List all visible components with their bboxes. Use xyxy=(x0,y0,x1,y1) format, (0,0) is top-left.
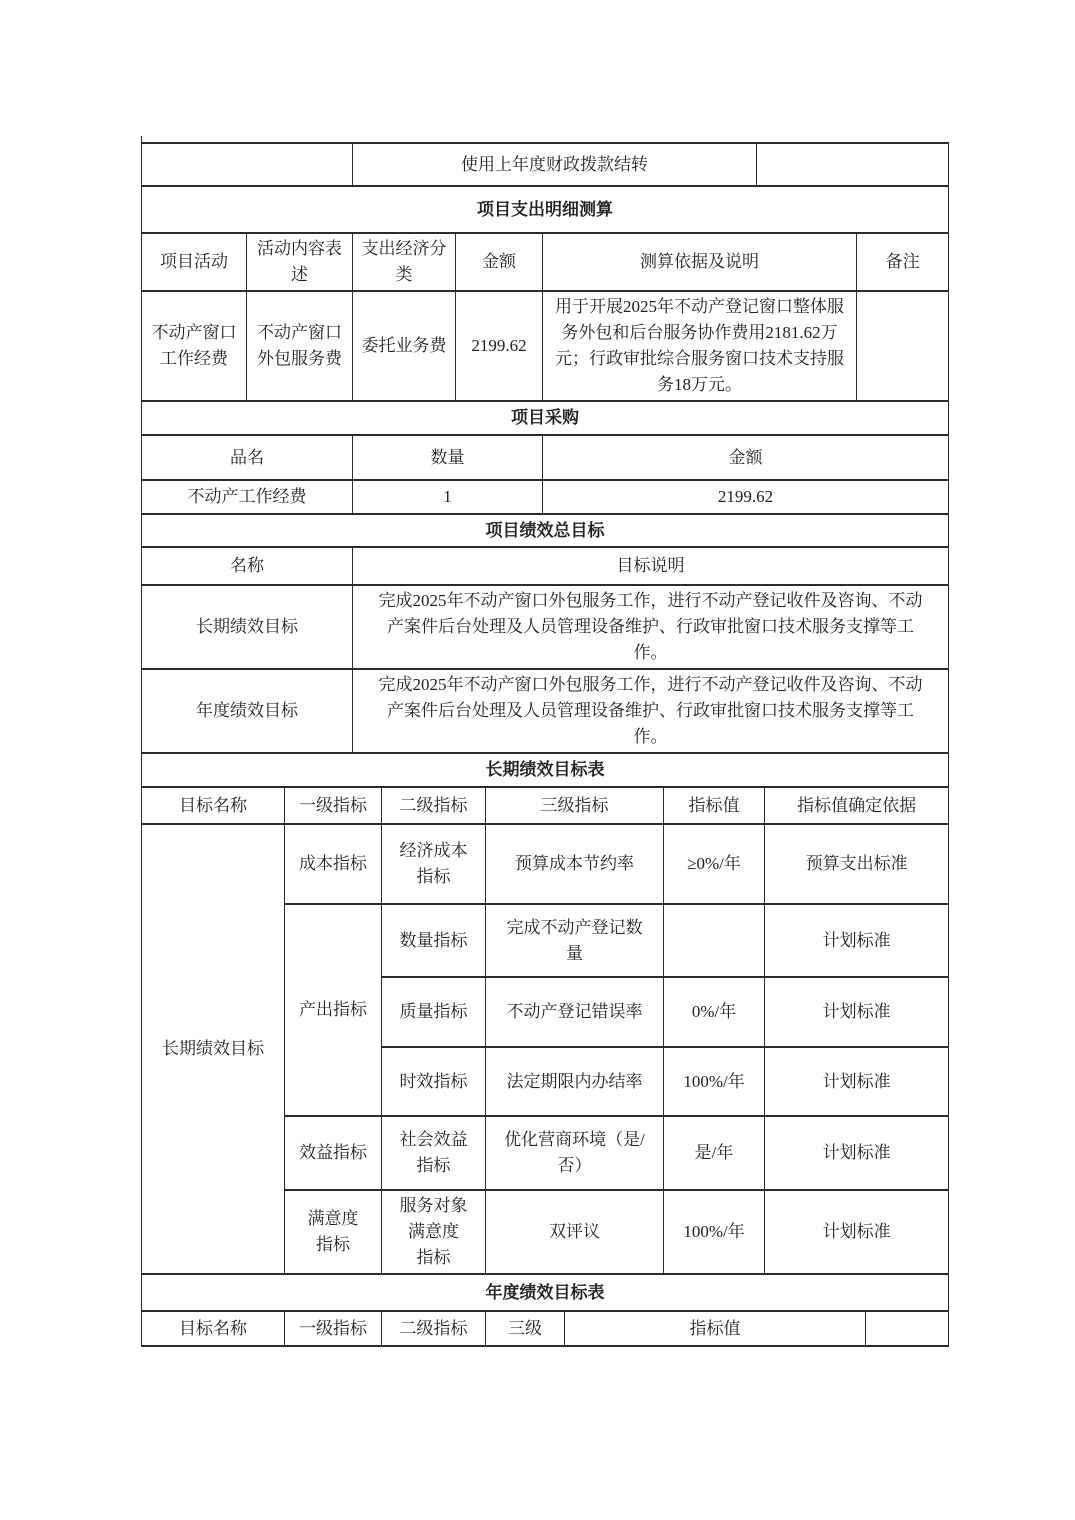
lt-cell-quantity-level3: 完成不动产登记数 量 xyxy=(486,904,664,977)
header-remark: 备注 xyxy=(857,233,949,291)
cell-item-name: 不动产工作经费 xyxy=(142,480,353,514)
carryover-empty-right-cell xyxy=(757,143,949,186)
lt-header-level2: 二级指标 xyxy=(382,787,486,824)
lt-cell-quality-value: 0%/年 xyxy=(664,977,765,1047)
cell-calculation-basis: 用于开展2025年不动产登记窗口整体服 务外包和后台服务协作费用2181.62万… xyxy=(543,291,857,401)
cell-quantity: 1 xyxy=(353,480,543,514)
lt-cell-quantity-basis: 计划标准 xyxy=(765,904,949,977)
header-goal-name: 名称 xyxy=(142,547,353,585)
lt-cell-cost-value: ≥0%/年 xyxy=(664,824,765,904)
header-activity-content: 活动内容表述 xyxy=(247,233,353,291)
lt-cell-time-level3: 法定期限内办结率 xyxy=(486,1047,664,1116)
longterm-table-section-title: 长期绩效目标表 xyxy=(142,753,949,787)
lt-cell-satisfaction-level2: 服务对象 满意度 指标 xyxy=(382,1190,486,1274)
at-header-value: 指标值 xyxy=(565,1311,866,1346)
lt-cell-cost-basis: 预算支出标准 xyxy=(765,824,949,904)
cell-project-activity: 不动产窗口工作经费 xyxy=(142,291,247,401)
header-item-name: 品名 xyxy=(142,435,353,480)
cell-annual-goal-desc: 完成2025年不动产窗口外包服务工作，进行不动产登记收件及咨询、不动 产案件后台… xyxy=(353,669,949,753)
at-header-level2: 二级指标 xyxy=(382,1311,486,1346)
header-quantity: 数量 xyxy=(353,435,543,480)
lt-cell-satisfaction-basis: 计划标准 xyxy=(765,1190,949,1274)
lt-cell-quality-level2: 质量指标 xyxy=(382,977,486,1047)
lt-row-cost: 长期绩效目标 成本指标 经济成本 指标 预算成本节约率 ≥0%/年 预算支出标准 xyxy=(142,824,949,904)
lt-cell-goal-name: 长期绩效目标 xyxy=(142,824,285,1274)
expense-detail-header-row: 项目活动 活动内容表述 支出经济分类 金额 测算依据及说明 备注 xyxy=(142,233,949,291)
header-amount: 金额 xyxy=(456,233,543,291)
at-header-level3: 三级 xyxy=(486,1311,565,1346)
document-page: { "carryover": { "note": "使用上年度财政拨款结转" }… xyxy=(0,0,1075,1520)
carryover-empty-left-cell xyxy=(142,143,353,186)
lt-cell-cost-level3: 预算成本节约率 xyxy=(486,824,664,904)
longterm-goal-row: 长期绩效目标 完成2025年不动产窗口外包服务工作，进行不动产登记收件及咨询、不… xyxy=(142,585,949,669)
lt-cell-output-level1: 产出指标 xyxy=(285,904,382,1116)
procurement-title-row: 项目采购 xyxy=(142,401,949,435)
longterm-table-title-row: 长期绩效目标表 xyxy=(142,753,949,787)
annual-goal-row: 年度绩效目标 完成2025年不动产窗口外包服务工作，进行不动产登记收件及咨询、不… xyxy=(142,669,949,753)
cell-expense-category: 委托业务费 xyxy=(353,291,456,401)
cell-procurement-amount: 2199.62 xyxy=(543,480,949,514)
lt-cell-quantity-level2: 数量指标 xyxy=(382,904,486,977)
carryover-row: 使用上年度财政拨款结转 xyxy=(142,143,949,186)
overall-goal-header-row: 名称 目标说明 xyxy=(142,547,949,585)
budget-document-table: 使用上年度财政拨款结转 项目支出明细测算 项目活动 活动内容表述 支出经济分类 … xyxy=(141,142,948,1347)
lt-header-goal-name: 目标名称 xyxy=(142,787,285,824)
procurement-header-row: 品名 数量 金额 xyxy=(142,435,949,480)
cell-annual-goal-name: 年度绩效目标 xyxy=(142,669,353,753)
lt-cell-benefit-level2: 社会效益 指标 xyxy=(382,1116,486,1190)
header-procurement-amount: 金额 xyxy=(543,435,949,480)
header-project-activity: 项目活动 xyxy=(142,233,247,291)
procurement-section-title: 项目采购 xyxy=(142,401,949,435)
header-calculation-basis: 测算依据及说明 xyxy=(543,233,857,291)
longterm-table-header-row: 目标名称 一级指标 二级指标 三级指标 指标值 指标值确定依据 xyxy=(142,787,949,824)
annual-table-title-row: 年度绩效目标表 xyxy=(142,1274,949,1311)
lt-cell-satisfaction-level1: 满意度 指标 xyxy=(285,1190,382,1274)
header-goal-description: 目标说明 xyxy=(353,547,949,585)
lt-cell-benefit-value: 是/年 xyxy=(664,1116,765,1190)
lt-cell-benefit-basis: 计划标准 xyxy=(765,1116,949,1190)
lt-cell-benefit-level3: 优化营商环境（是/ 否） xyxy=(486,1116,664,1190)
expense-detail-section-title: 项目支出明细测算 xyxy=(142,186,949,233)
lt-cell-satisfaction-level3: 双评议 xyxy=(486,1190,664,1274)
carryover-note-cell: 使用上年度财政拨款结转 xyxy=(353,143,757,186)
expense-detail-title-row: 项目支出明细测算 xyxy=(142,186,949,233)
lt-cell-cost-level2: 经济成本 指标 xyxy=(382,824,486,904)
at-header-empty xyxy=(866,1311,949,1346)
cell-longterm-goal-name: 长期绩效目标 xyxy=(142,585,353,669)
lt-header-value: 指标值 xyxy=(664,787,765,824)
cell-amount: 2199.62 xyxy=(456,291,543,401)
expense-detail-data-row: 不动产窗口工作经费 不动产窗口外包服务费 委托业务费 2199.62 用于开展2… xyxy=(142,291,949,401)
header-expense-category: 支出经济分类 xyxy=(353,233,456,291)
lt-cell-quality-level3: 不动产登记错误率 xyxy=(486,977,664,1047)
main-table: 使用上年度财政拨款结转 项目支出明细测算 项目活动 活动内容表述 支出经济分类 … xyxy=(141,142,949,1347)
at-header-level1: 一级指标 xyxy=(285,1311,382,1346)
lt-cell-time-level2: 时效指标 xyxy=(382,1047,486,1116)
lt-cell-time-value: 100%/年 xyxy=(664,1047,765,1116)
cell-longterm-goal-desc: 完成2025年不动产窗口外包服务工作，进行不动产登记收件及咨询、不动 产案件后台… xyxy=(353,585,949,669)
lt-cell-benefit-level1: 效益指标 xyxy=(285,1116,382,1190)
lt-cell-quantity-value xyxy=(664,904,765,977)
lt-header-level1: 一级指标 xyxy=(285,787,382,824)
lt-header-basis: 指标值确定依据 xyxy=(765,787,949,824)
lt-cell-time-basis: 计划标准 xyxy=(765,1047,949,1116)
lt-header-level3: 三级指标 xyxy=(486,787,664,824)
procurement-data-row: 不动产工作经费 1 2199.62 xyxy=(142,480,949,514)
cell-remark xyxy=(857,291,949,401)
at-header-goal-name: 目标名称 xyxy=(142,1311,285,1346)
overall-goal-title-row: 项目绩效总目标 xyxy=(142,514,949,547)
overall-goal-section-title: 项目绩效总目标 xyxy=(142,514,949,547)
cell-activity-content: 不动产窗口外包服务费 xyxy=(247,291,353,401)
annual-table-header-row: 目标名称 一级指标 二级指标 三级 指标值 xyxy=(142,1311,949,1346)
annual-table-section-title: 年度绩效目标表 xyxy=(142,1274,949,1311)
lt-cell-cost-level1: 成本指标 xyxy=(285,824,382,904)
lt-cell-quality-basis: 计划标准 xyxy=(765,977,949,1047)
lt-cell-satisfaction-value: 100%/年 xyxy=(664,1190,765,1274)
